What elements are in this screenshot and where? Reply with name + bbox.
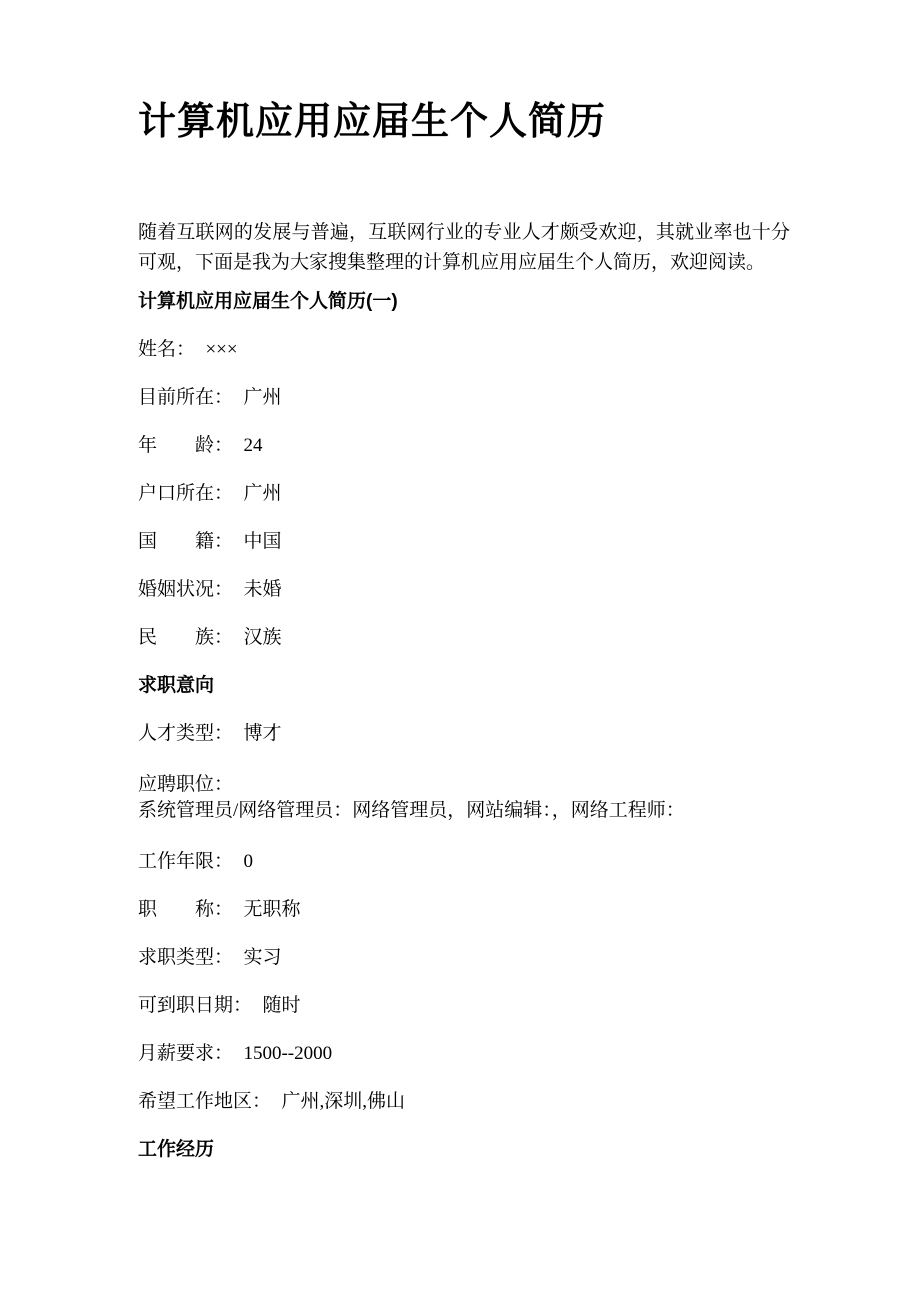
field-marital-status-label: 婚姻状况： bbox=[138, 579, 233, 600]
section-heading-resume-one: 计算机应用应届生个人简历(一) bbox=[138, 292, 790, 312]
field-applied-position-value: 系统管理员/网络管理员：网络管理员，网站编辑：，网络工程师： bbox=[138, 800, 685, 821]
field-job-title-label: 职 称： bbox=[138, 899, 233, 920]
field-age-value: 24 bbox=[243, 435, 262, 456]
field-household-registration-value: 广州 bbox=[243, 483, 281, 504]
field-applied-position-label: 应聘职位： bbox=[138, 774, 233, 795]
field-job-title: 职 称：无职称 bbox=[138, 900, 790, 920]
field-talent-type-value: 博才 bbox=[243, 723, 281, 744]
field-age-label: 年 龄： bbox=[138, 435, 233, 456]
field-marital-status: 婚姻状况：未婚 bbox=[138, 580, 790, 600]
field-nationality-label: 国 籍： bbox=[138, 531, 233, 552]
field-current-location-value: 广州 bbox=[243, 387, 281, 408]
field-applied-position: 应聘职位：系统管理员/网络管理员：网络管理员，网站编辑：，网络工程师： bbox=[138, 772, 790, 824]
field-ethnicity-value: 汉族 bbox=[243, 627, 281, 648]
field-job-seek-type: 求职类型：实习 bbox=[138, 948, 790, 968]
field-salary-requirement: 月薪要求：1500--2000 bbox=[138, 1044, 790, 1064]
field-work-years-value: 0 bbox=[243, 851, 253, 872]
field-talent-type: 人才类型：博才 bbox=[138, 724, 790, 744]
section-heading-job-intent: 求职意向 bbox=[138, 676, 790, 696]
field-salary-requirement-label: 月薪要求： bbox=[138, 1043, 233, 1064]
document-title: 计算机应用应届生个人简历 bbox=[138, 100, 790, 146]
field-marital-status-value: 未婚 bbox=[243, 579, 281, 600]
field-available-date: 可到职日期：随时 bbox=[138, 996, 790, 1016]
field-job-seek-type-label: 求职类型： bbox=[138, 947, 233, 968]
field-name-value: ××× bbox=[205, 339, 237, 360]
field-work-years-label: 工作年限： bbox=[138, 851, 233, 872]
field-nationality: 国 籍：中国 bbox=[138, 532, 790, 552]
field-nationality-value: 中国 bbox=[243, 531, 281, 552]
field-talent-type-label: 人才类型： bbox=[138, 723, 233, 744]
field-ethnicity: 民 族：汉族 bbox=[138, 628, 790, 648]
field-current-location-label: 目前所在： bbox=[138, 387, 233, 408]
field-job-seek-type-value: 实习 bbox=[243, 947, 281, 968]
field-job-title-value: 无职称 bbox=[243, 899, 300, 920]
field-household-registration-label: 户口所在： bbox=[138, 483, 233, 504]
section-heading-work-history: 工作经历 bbox=[138, 1140, 790, 1160]
field-ethnicity-label: 民 族： bbox=[138, 627, 233, 648]
field-name: 姓名：××× bbox=[138, 340, 790, 360]
field-household-registration: 户口所在：广州 bbox=[138, 484, 790, 504]
field-current-location: 目前所在：广州 bbox=[138, 388, 790, 408]
field-desired-work-area-value: 广州,深圳,佛山 bbox=[281, 1091, 405, 1112]
field-name-label: 姓名： bbox=[138, 339, 195, 360]
resume-document-page: 计算机应用应届生个人简历 随着互联网的发展与普遍，互联网行业的专业人才颇受欢迎，… bbox=[0, 0, 920, 1302]
field-available-date-label: 可到职日期： bbox=[138, 995, 252, 1016]
field-desired-work-area-label: 希望工作地区： bbox=[138, 1091, 271, 1112]
field-salary-requirement-value: 1500--2000 bbox=[243, 1043, 332, 1064]
intro-paragraph: 随着互联网的发展与普遍，互联网行业的专业人才颇受欢迎，其就业率也十分可观，下面是… bbox=[138, 218, 790, 278]
field-desired-work-area: 希望工作地区：广州,深圳,佛山 bbox=[138, 1092, 790, 1112]
field-work-years: 工作年限：0 bbox=[138, 852, 790, 872]
field-available-date-value: 随时 bbox=[262, 995, 300, 1016]
field-age: 年 龄：24 bbox=[138, 436, 790, 456]
